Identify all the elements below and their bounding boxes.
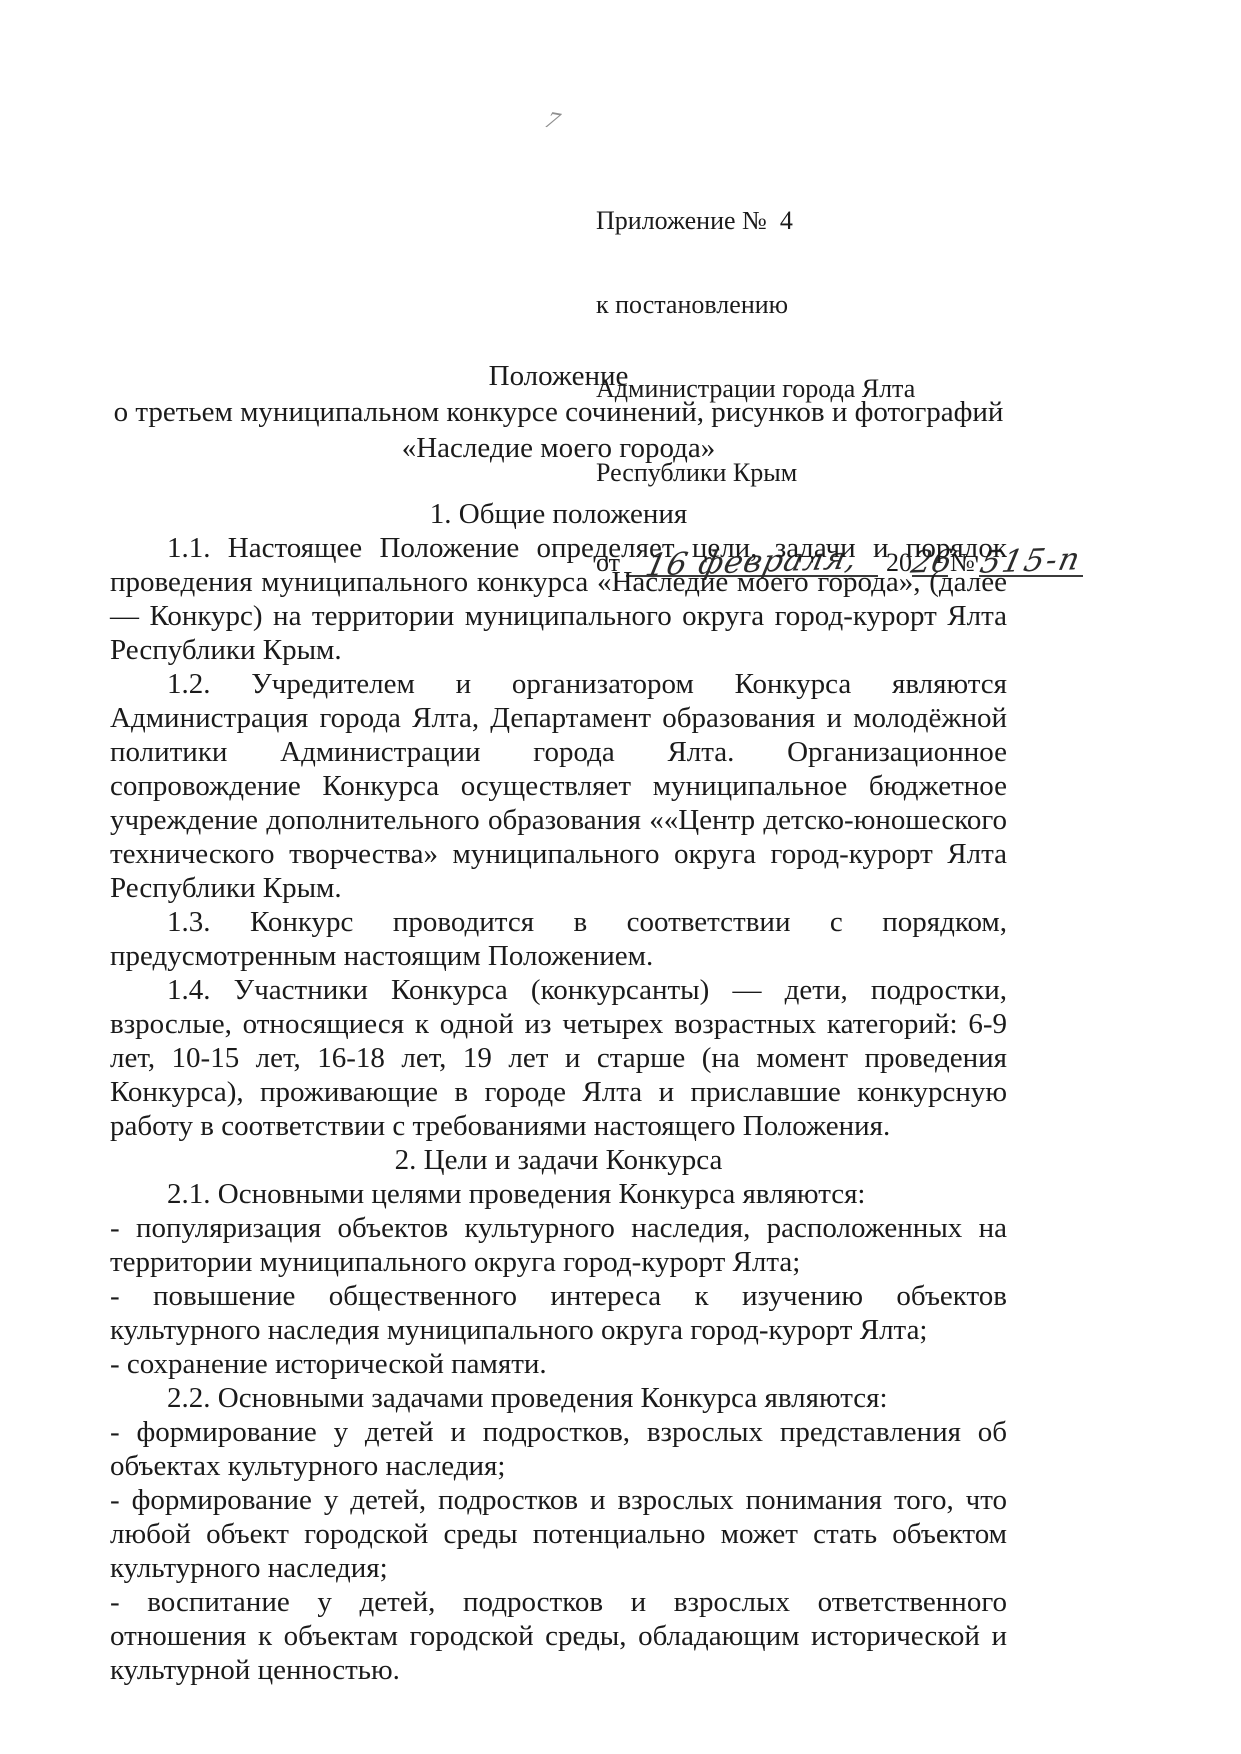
document-title-block: Положение о третьем муниципальном конкур… — [110, 358, 1007, 466]
paragraph-2-1: 2.1. Основными целями проведения Конкурс… — [110, 1177, 1007, 1211]
page-corner-mark: 7 — [541, 108, 562, 136]
paragraph-1-1: 1.1. Настоящее Положение определяет цели… — [110, 531, 1007, 667]
document-body: 1. Общие положения 1.1. Настоящее Положе… — [110, 497, 1007, 1687]
document-subtitle: о третьем муниципальном конкурсе сочинен… — [110, 394, 1007, 430]
task-item-3: - воспитание у детей, подростков и взрос… — [110, 1585, 1007, 1687]
paragraph-2-2: 2.2. Основными задачами проведения Конку… — [110, 1381, 1007, 1415]
paragraph-1-3: 1.3. Конкурс проводится в соответствии с… — [110, 905, 1007, 973]
document-page: 7 Приложение № 4 к постановлению Админис… — [0, 0, 1241, 1754]
section-1-heading: 1. Общие положения — [110, 497, 1007, 531]
paragraph-1-2: 1.2. Учредителем и организатором Конкурс… — [110, 667, 1007, 905]
section-2-heading: 2. Цели и задачи Конкурса — [110, 1143, 1007, 1177]
resolution-line: к постановлению — [596, 291, 1083, 319]
goal-item-3: - сохранение исторической памяти. — [110, 1347, 1007, 1381]
document-title: Положение — [110, 358, 1007, 394]
appendix-number-line: Приложение № 4 — [596, 207, 1083, 235]
task-item-2: - формирование у детей, подростков и взр… — [110, 1483, 1007, 1585]
task-item-1: - формирование у детей и подростков, взр… — [110, 1415, 1007, 1483]
document-subtitle-quoted: «Наследие моего города» — [110, 430, 1007, 466]
goal-item-1: - популяризация объектов культурного нас… — [110, 1211, 1007, 1279]
paragraph-1-4: 1.4. Участники Конкурса (конкурсанты) — … — [110, 973, 1007, 1143]
goal-item-2: - повышение общественного интереса к изу… — [110, 1279, 1007, 1347]
